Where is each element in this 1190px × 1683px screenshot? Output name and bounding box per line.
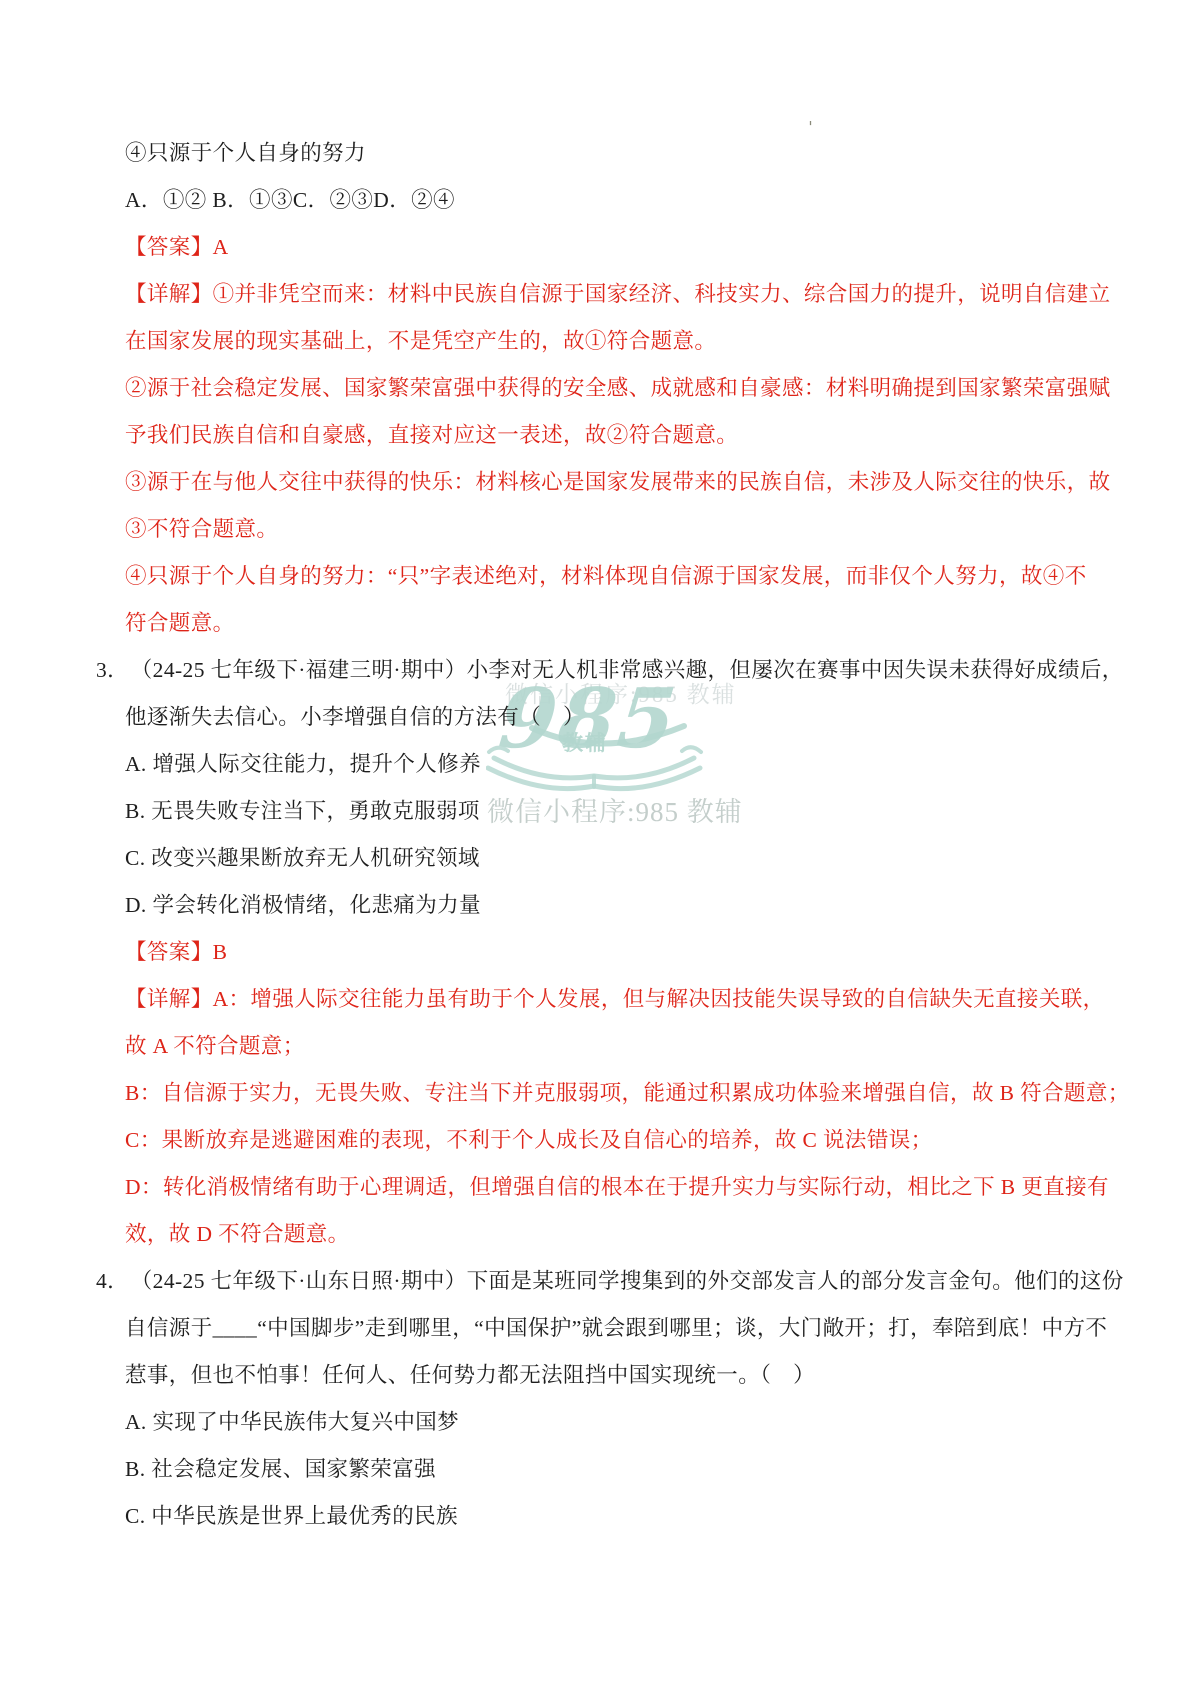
text-line: A. 增强人际交往能力，提升个人修养 <box>125 741 1130 788</box>
text-line: C. 改变兴趣果断放弃无人机研究领域 <box>125 835 1130 882</box>
line-text: C：果断放弃是逃避困难的表现，不利于个人成长及自信心的培养，故 C 说法错误； <box>125 1128 933 1152</box>
line-text: C. 中华民族是世界上最优秀的民族 <box>125 1504 458 1528</box>
line-text: B. 社会稳定发展、国家繁荣富强 <box>125 1457 436 1481</box>
text-line: A. 实现了中华民族伟大复兴中国梦 <box>125 1399 1130 1446</box>
text-line: ③不符合题意。 <box>125 506 1130 553</box>
line-text: 故 A 不符合题意； <box>125 1034 305 1058</box>
line-text: A. 增强人际交往能力，提升个人修养 <box>125 752 481 776</box>
line-text: 予我们民族自信和自豪感，直接对应这一表述，故②符合题意。 <box>125 423 738 447</box>
text-line: D. 学会转化消极情绪，化悲痛为力量 <box>125 882 1130 929</box>
text-line: 他逐渐失去信心。小李增强自信的方法有（ ） <box>125 694 1130 741</box>
text-line: 效，故 D 不符合题意。 <box>125 1211 1130 1258</box>
text-line: 惹事，但也不怕事！任何人、任何势力都无法阻挡中国实现统一。（ ） <box>125 1352 1130 1399</box>
line-text: ③不符合题意。 <box>125 517 278 541</box>
line-text: （24-25 七年级下·山东日照·期中）下面是某班同学搜集到的外交部发言人的部分… <box>131 1269 1124 1293</box>
line-text: D. 学会转化消极情绪，化悲痛为力量 <box>125 893 481 917</box>
line-text: 【答案】A <box>125 235 229 259</box>
text-line: C. 中华民族是世界上最优秀的民族 <box>125 1493 1130 1540</box>
text-line: 4． （24-25 七年级下·山东日照·期中）下面是某班同学搜集到的外交部发言人… <box>125 1258 1130 1305</box>
text-line: B：自信源于实力，无畏失败、专注当下并克服弱项，能通过积累成功体验来增强自信，故… <box>125 1070 1130 1117</box>
text-line: 符合题意。 <box>125 600 1130 647</box>
text-line: 故 A 不符合题意； <box>125 1023 1130 1070</box>
lines-container: ④只源于个人自身的努力 A．①② B．①③C．②③D．②④ 【答案】A 【详解】… <box>0 130 1190 1540</box>
line-text: 自信源于____“中国脚步”走到哪里，“中国保护”就会跟到哪里；谈，大门敞开；打… <box>125 1316 1107 1340</box>
text-line: 【详解】①并非凭空而来：材料中民族自信源于国家经济、科技实力、综合国力的提升，说… <box>125 271 1130 318</box>
line-text: ④只源于个人自身的努力 <box>125 141 366 165</box>
text-line: 【答案】B <box>125 929 1130 976</box>
line-text: ③源于在与他人交往中获得的快乐：材料核心是国家发展带来的民族自信，未涉及人际交往… <box>125 470 1111 494</box>
line-text: B. 无畏失败专注当下，勇敢克服弱项 <box>125 799 480 823</box>
text-line: 予我们民族自信和自豪感，直接对应这一表述，故②符合题意。 <box>125 412 1130 459</box>
text-line: B. 无畏失败专注当下，勇敢克服弱项 <box>125 788 1130 835</box>
line-text: 他逐渐失去信心。小李增强自信的方法有（ ） <box>125 705 585 729</box>
line-text: 符合题意。 <box>125 611 235 635</box>
line-text: 效，故 D 不符合题意。 <box>125 1222 350 1246</box>
text-line: ②源于社会稳定发展、国家繁荣富强中获得的安全感、成就感和自豪感：材料明确提到国家… <box>125 365 1130 412</box>
line-text: B：自信源于实力，无畏失败、专注当下并克服弱项，能通过积累成功体验来增强自信，故… <box>125 1081 1130 1105</box>
text-line: 自信源于____“中国脚步”走到哪里，“中国保护”就会跟到哪里；谈，大门敞开；打… <box>125 1305 1130 1352</box>
line-text: A. 实现了中华民族伟大复兴中国梦 <box>125 1410 459 1434</box>
line-text: ④只源于个人自身的努力：“只”字表述绝对，材料体现自信源于国家发展，而非仅个人努… <box>125 564 1087 588</box>
text-line: 【答案】A <box>125 224 1130 271</box>
text-line: 【详解】A：增强人际交往能力虽有助于个人发展，但与解决因技能失误导致的自信缺失无… <box>125 976 1130 1023</box>
text-line: C：果断放弃是逃避困难的表现，不利于个人成长及自信心的培养，故 C 说法错误； <box>125 1117 1130 1164</box>
text-line: ③源于在与他人交往中获得的快乐：材料核心是国家发展带来的民族自信，未涉及人际交往… <box>125 459 1130 506</box>
text-line: A．①② B．①③C．②③D．②④ <box>125 177 1130 224</box>
line-text: ②源于社会稳定发展、国家繁荣富强中获得的安全感、成就感和自豪感：材料明确提到国家… <box>125 376 1111 400</box>
line-text: 惹事，但也不怕事！任何人、任何势力都无法阻挡中国实现统一。（ ） <box>125 1363 815 1387</box>
line-text: 【答案】B <box>125 940 227 964</box>
text-line: 3． （24-25 七年级下·福建三明·期中）小李对无人机非常感兴趣，但屡次在赛… <box>125 647 1130 694</box>
text-line: 在国家发展的现实基础上，不是凭空产生的，故①符合题意。 <box>125 318 1130 365</box>
line-text: A．①② B．①③C．②③D．②④ <box>125 188 455 212</box>
document-page: 微信小程序:985 教辅 985 教辅 微信小程序:985 教辅 ' ④只源于个… <box>0 0 1190 1683</box>
text-line: B. 社会稳定发展、国家繁荣富强 <box>125 1446 1130 1493</box>
question-number: 3． <box>96 647 125 694</box>
text-line: D：转化消极情绪有助于心理调适，但增强自信的根本在于提升实力与实际行动，相比之下… <box>125 1164 1130 1211</box>
line-text: C. 改变兴趣果断放弃无人机研究领域 <box>125 846 480 870</box>
text-line: ④只源于个人自身的努力：“只”字表述绝对，材料体现自信源于国家发展，而非仅个人努… <box>125 553 1130 600</box>
line-text: （24-25 七年级下·福建三明·期中）小李对无人机非常感兴趣，但屡次在赛事中因… <box>131 658 1124 682</box>
line-text: D：转化消极情绪有助于心理调适，但增强自信的根本在于提升实力与实际行动，相比之下… <box>125 1175 1109 1199</box>
text-line: ④只源于个人自身的努力 <box>125 130 1130 177</box>
line-text: 【详解】A：增强人际交往能力虽有助于个人发展，但与解决因技能失误导致的自信缺失无… <box>125 987 1105 1011</box>
question-number: 4． <box>96 1258 125 1305</box>
line-text: 【详解】①并非凭空而来：材料中民族自信源于国家经济、科技实力、综合国力的提升，说… <box>125 282 1111 306</box>
line-text: 在国家发展的现实基础上，不是凭空产生的，故①符合题意。 <box>125 329 716 353</box>
